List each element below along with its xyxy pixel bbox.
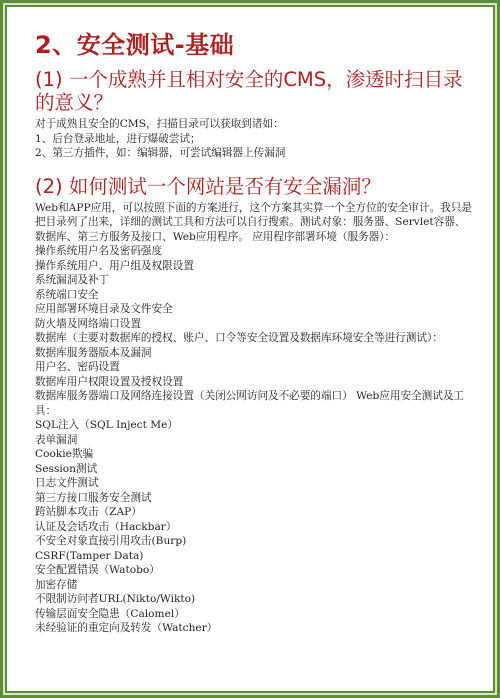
list-item: 加密存储 [35,578,472,593]
section2-body: Web和APP应用，可以按照下面的方案进行，这个方案其实算一个全方位的安全审计。… [35,201,472,636]
list-item: SQL注入（SQL Inject Me） [35,418,472,433]
list-item: 跨站脚本攻击（ZAP） [35,505,472,520]
list-item: CSRF(Tamper Data) [35,549,472,564]
list-item: 数据库用户权限设置及授权设置 [35,375,472,390]
list-item: 不限制访问者URL(Nikto/Wikto) [35,592,472,607]
list-item: Cookie欺骗 [35,447,472,462]
list-item: 表单漏洞 [35,433,472,448]
border-inner-light: 2、安全测试-基础 (1) 一个成熟并且相对安全的CMS，渗透时扫目录的意义？ … [3,3,497,695]
list-item: 系统漏洞及补丁 [35,273,472,288]
list-item: 安全配置错误（Watobo） [35,563,472,578]
list-item: 未经验证的重定向及转发（Watcher） [35,621,472,636]
list-item: 防火墙及网络端口设置 [35,317,472,332]
section2-intro: Web和APP应用，可以按照下面的方案进行，这个方案其实算一个全方位的安全审计。… [35,201,472,245]
section1-line: 对于成熟且安全的CMS，扫描目录可以获取到诸如： [35,117,472,132]
section1-line: 1、后台登录地址，进行爆破尝试； [35,132,472,147]
list-item: 系统端口安全 [35,288,472,303]
list-item: 认证及会话攻击（Hackbar） [35,520,472,535]
list-item: 传输层面安全隐患（Calomel） [35,607,472,622]
page-border: 2、安全测试-基础 (1) 一个成熟并且相对安全的CMS，渗透时扫目录的意义？ … [0,0,500,698]
section2-heading: (2) 如何测试一个网站是否有安全漏洞？ [35,175,472,198]
list-item: 第三方接口服务安全测试 [35,491,472,506]
list-item: 用户名、密码设置 [35,360,472,375]
list-item: 不安全对象直接引用攻击(Burp) [35,534,472,549]
page-title: 2、安全测试-基础 [35,30,472,60]
list-item: 数据库服务器版本及漏洞 [35,346,472,361]
list-item: 操作系统用户名及密码强度 [35,244,472,259]
list-item: 应用部署环境目录及文件安全 [35,302,472,317]
list-item: 日志文件测试 [35,476,472,491]
section1-body: 对于成熟且安全的CMS，扫描目录可以获取到诸如： 1、后台登录地址，进行爆破尝试… [35,117,472,161]
border-inner-white: 2、安全测试-基础 (1) 一个成熟并且相对安全的CMS，渗透时扫目录的意义？ … [7,7,493,691]
section1-line: 2、第三方插件，如：编辑器，可尝试编辑器上传漏洞 [35,146,472,161]
list-item: Session测试 [35,462,472,477]
list-item: 数据库（主要对数据库的授权、账户、口令等安全设置及数据库环境安全等进行测试）： [35,331,472,346]
list-item: 操作系统用户、用户组及权限设置 [35,259,472,274]
list-item: 数据库服务器端口及网络连接设置（关闭公网访问及不必要的端口） Web应用安全测试… [35,389,472,418]
border-inner-dark: 2、安全测试-基础 (1) 一个成熟并且相对安全的CMS，渗透时扫目录的意义？ … [5,5,495,693]
section1-heading: (1) 一个成熟并且相对安全的CMS，渗透时扫目录的意义？ [35,68,472,114]
document-page: 2、安全测试-基础 (1) 一个成熟并且相对安全的CMS，渗透时扫目录的意义？ … [8,8,492,690]
